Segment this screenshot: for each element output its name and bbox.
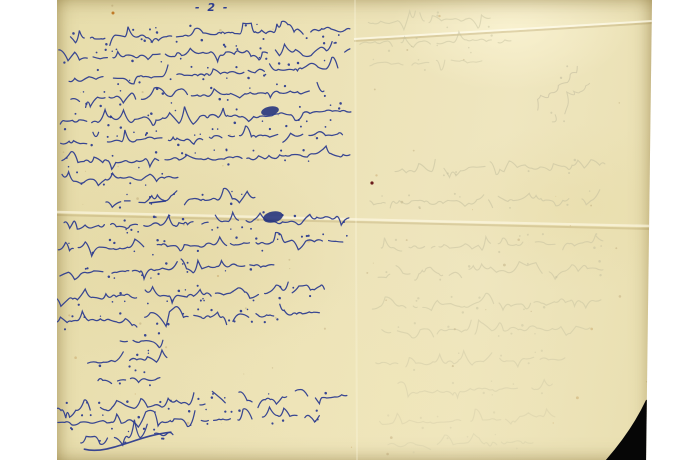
ink-blot (260, 105, 279, 118)
letter-paper: - 2 - (57, 0, 652, 460)
torn-corner-shadow (605, 398, 653, 460)
scanned-letter-page: - 2 - (0, 0, 700, 460)
paper-fleck (370, 181, 373, 184)
paper-fleck (112, 12, 115, 15)
ink-marks-layer (57, 0, 652, 460)
ink-blot (262, 210, 284, 225)
underline-mark (149, 201, 166, 203)
